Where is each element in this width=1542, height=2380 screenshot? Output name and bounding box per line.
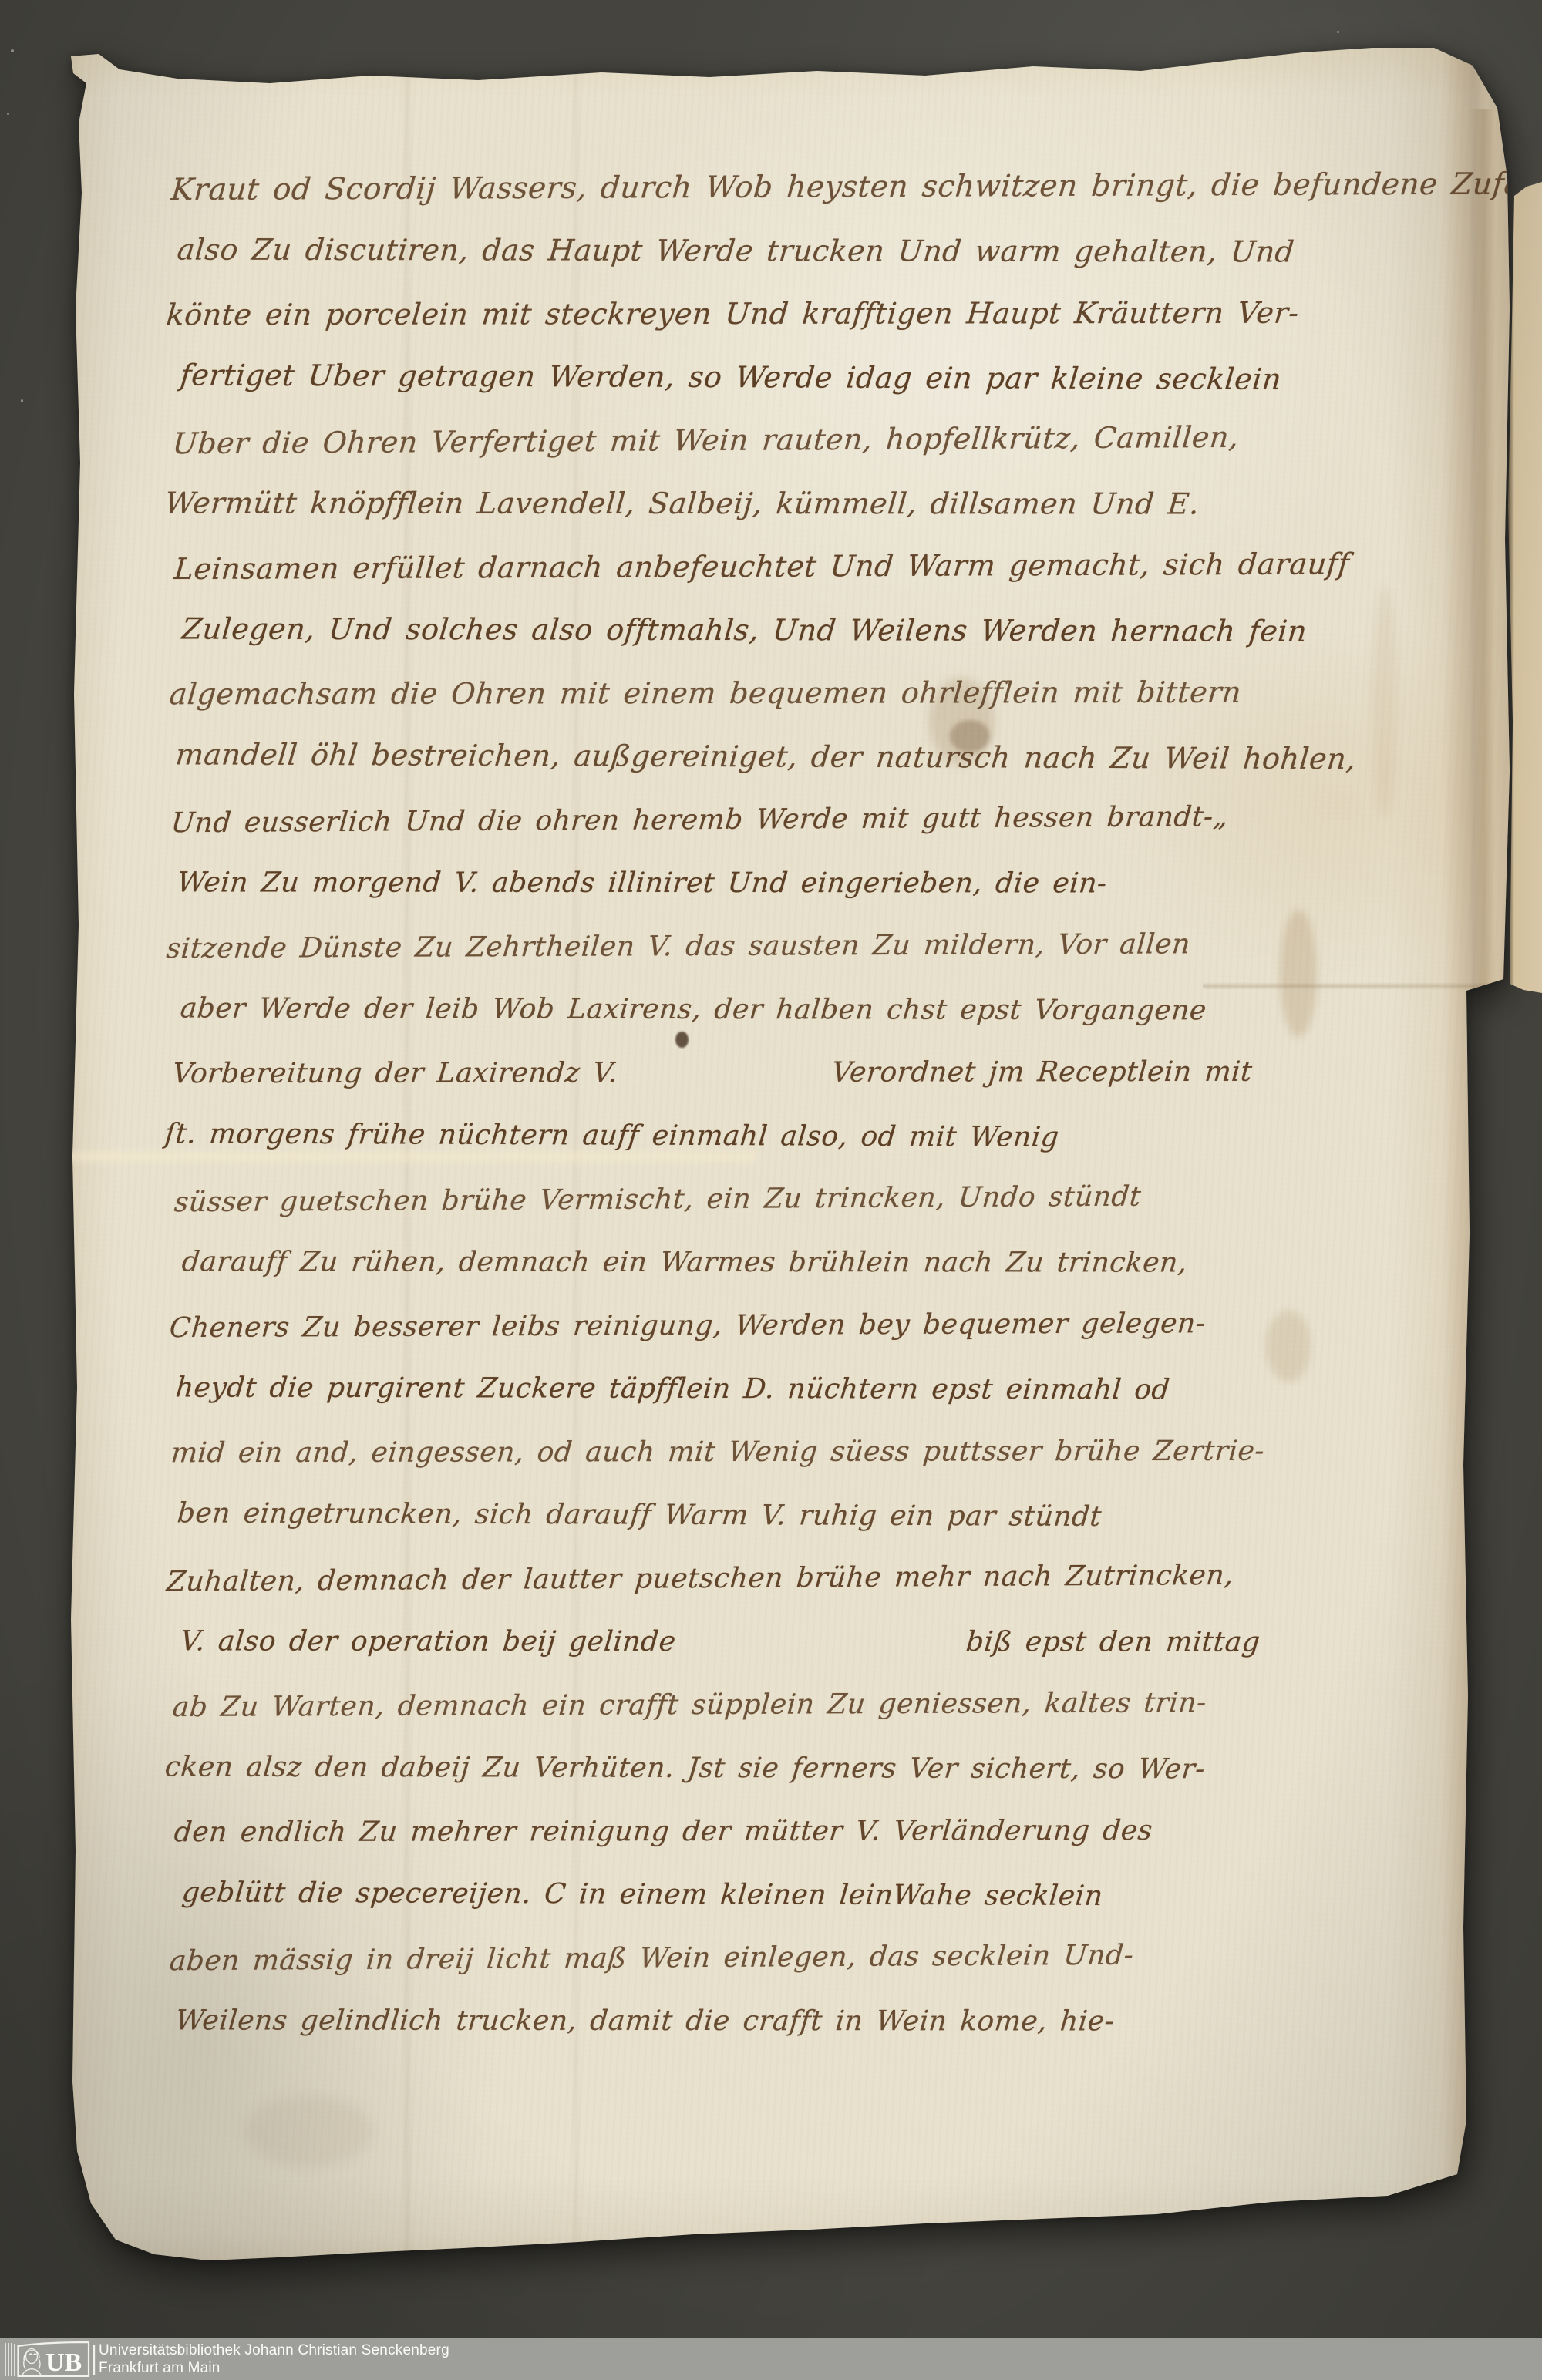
manuscript-line: cken alsz den dabeij Zu Verhüten. Jst si… xyxy=(165,1735,1244,1801)
manuscript-line: den endlich Zu mehrer reinigung der mütt… xyxy=(174,1799,1254,1863)
discoloration-stain xyxy=(1372,586,1397,817)
manuscript-line-segment: darauff Zu rühen, demnach ein Warmes brü… xyxy=(180,1246,1188,1278)
manuscript-line-segment: Verordnet jm Receptlein mit xyxy=(830,1055,1254,1088)
manuscript-line-segment: Cheners Zu besserer leibs reinigung, Wer… xyxy=(168,1308,1207,1344)
manuscript-line-segment: Zuhalten, demnach der lautter puetschen … xyxy=(165,1559,1234,1597)
manuscript-line-segment: Leinsamen erfüllet darnach anbefeuchtet … xyxy=(173,547,1351,586)
manuscript-line-segment: aber Werde der leib Wob Laxirens, der ha… xyxy=(179,992,1208,1026)
manuscript-line-segment: Zulegen, Und solches also offtmahls, Und… xyxy=(180,612,1308,648)
manuscript-line-segment: fertiget Uber getragen Werden, so Werde … xyxy=(179,358,1283,396)
manuscript-line: heydt die purgirent Zuckere täpfflein D.… xyxy=(176,1356,1255,1422)
discoloration-stain xyxy=(245,2096,372,2166)
manuscript-line-segment: Vorbereitung der Laxirendz V. xyxy=(171,1057,619,1089)
library-name: Universitätsbibliothek Johann Christian … xyxy=(99,2341,449,2359)
foxing-stain xyxy=(1266,1311,1311,1382)
manuscript-line: mid ein and, eingessen, od auch mit Weni… xyxy=(171,1419,1251,1484)
manuscript-line-segment: Weilens gelindlich trucken, damit die cr… xyxy=(174,2005,1116,2037)
manuscript-line-segment: Kraut od Scordij Wassers, durch Wob heys… xyxy=(170,167,1542,207)
manuscript-page: Kraut od Scordij Wassers, durch Wob heys… xyxy=(62,48,1511,2268)
manuscript-line: aber Werde der leib Wob Laxirens, der ha… xyxy=(180,977,1260,1042)
manuscript-line: Vorbereitung der Laxirendz V.Verordnet j… xyxy=(173,1040,1252,1105)
manuscript-line-segment: sitzende Dünste Zu Zehrtheilen V. das sa… xyxy=(165,928,1191,964)
ub-logo: UB xyxy=(4,2341,98,2377)
manuscript-line: könte ein porcelein mit steckreyen Und k… xyxy=(167,281,1246,346)
manuscript-line-segment: den endlich Zu mehrer reinigung der mütt… xyxy=(173,1814,1153,1847)
manuscript-line-segment: biß epst den mittag xyxy=(965,1626,1261,1658)
manuscript-line-segment: Uber die Ohren Verfertiget mit Wein raut… xyxy=(171,420,1240,460)
manuscript-line-segment: algemachsam die Ohren mit einem bequemen… xyxy=(168,675,1243,711)
manuscript-line-segment: ſt. morgens frühe nüchtern auff einmahl … xyxy=(163,1118,1060,1153)
manuscript-line: Cheners Zu besserer leibs reinigung, Wer… xyxy=(170,1291,1249,1359)
manuscript-line-segment: also Zu discutiren, das Haupt Werde truc… xyxy=(176,233,1296,269)
manuscript-line: Weilens gelindlich trucken, damit die cr… xyxy=(176,1988,1255,2052)
manuscript-line-segment: mid ein and, eingessen, od auch mit Weni… xyxy=(170,1435,1266,1468)
manuscript-line: Und eusserlich Und die ohren heremb Werd… xyxy=(171,785,1251,855)
manuscript-line-segment: könte ein porcelein mit steckreyen Und k… xyxy=(165,296,1300,332)
manuscript-line-segment: cken alsz den dabeij Zu Verhüten. Jst si… xyxy=(163,1751,1207,1785)
manuscript-line-segment: Und eusserlich Und die ohren heremb Werd… xyxy=(170,800,1229,838)
manuscript-line: ben eingetruncken, sich darauff Warm V. … xyxy=(177,1481,1257,1548)
manuscript-line: Wermütt knöpfflein Lavendell, Salbeij, k… xyxy=(165,471,1244,535)
manuscript-line-segment: Wermütt knöpfflein Lavendell, Salbeij, k… xyxy=(163,486,1200,520)
manuscript-line: Zulegen, Und solches also offtmahls, Und… xyxy=(182,598,1261,663)
library-city: Frankfurt am Main xyxy=(99,2359,449,2377)
manuscript-line-segment: Wein Zu morgend V. abends illiniret Und … xyxy=(176,867,1108,899)
manuscript-line: geblütt die specereijen. C in einem klei… xyxy=(182,1860,1261,1927)
manuscript-line-segment: geblütt die specereijen. C in einem klei… xyxy=(180,1877,1104,1912)
manuscript-line: Uber die Ohren Verfertiget mit Wein raut… xyxy=(173,406,1252,476)
manuscript-line: ſt. morgens frühe nüchtern auff einmahl … xyxy=(165,1102,1244,1169)
manuscript-line: sitzende Dünste Zu Zehrtheilen V. das sa… xyxy=(167,912,1246,980)
ub-logo-graphic: UB xyxy=(4,2341,98,2377)
manuscript-line-segment: heydt die purgirent Zuckere täpfflein D.… xyxy=(174,1372,1171,1405)
manuscript-line: algemachsam die Ohren mit einem bequemen… xyxy=(170,661,1249,725)
manuscript-line-segment: V. also der operation beij gelinde xyxy=(179,1625,677,1658)
manuscript-line: Wein Zu morgend V. abends illiniret Und … xyxy=(177,850,1257,914)
manuscript-line: darauff Zu rühen, demnach ein Warmes brü… xyxy=(182,1230,1261,1294)
footer-text-block: Universitätsbibliothek Johann Christian … xyxy=(99,2341,449,2377)
scan-canvas: Kraut od Scordij Wassers, durch Wob heys… xyxy=(0,0,1542,2380)
right-fold-crease xyxy=(1442,48,1496,2268)
senckenberg-portrait-icon xyxy=(22,2349,41,2376)
manuscript-line: Leinsamen erfüllet darnach anbefeuchtet … xyxy=(174,533,1254,601)
manuscript-line-segment: süsser guetschen brühe Vermischt, ein Zu… xyxy=(173,1180,1142,1218)
foxing-stain xyxy=(1280,910,1317,1037)
manuscript-line: mandell öhl bestreichen, außgereiniget, … xyxy=(176,722,1255,789)
manuscript-line-segment: aben mässig in dreij licht maß Wein einl… xyxy=(168,1939,1135,1977)
manuscript-line: Kraut od Scordij Wassers, durch Wob heys… xyxy=(171,153,1251,221)
manuscript-line: also Zu discutiren, das Haupt Werde truc… xyxy=(177,218,1257,284)
right-edge-fold xyxy=(1469,109,1503,1035)
ub-logo-text: UB xyxy=(45,2348,82,2377)
manuscript-line: süsser guetschen brühe Vermischt, ein Zu… xyxy=(174,1164,1254,1234)
manuscript-text: Kraut od Scordij Wassers, durch Wob heys… xyxy=(171,156,1251,2052)
manuscript-line-segment: ben eingetruncken, sich darauff Warm V. … xyxy=(176,1497,1103,1533)
manuscript-line: V. also der operation beij gelindebiß ep… xyxy=(180,1609,1260,1673)
manuscript-line: Zuhalten, demnach der lautter puetschen … xyxy=(167,1543,1246,1614)
manuscript-line: fertiget Uber getragen Werden, so Werde … xyxy=(180,343,1260,410)
manuscript-line: ab Zu Warten, demnach ein crafft süpplei… xyxy=(173,1671,1252,1739)
manuscript-line: aben mässig in dreij licht maß Wein einl… xyxy=(170,1923,1249,1993)
manuscript-page-wrap: Kraut od Scordij Wassers, durch Wob heys… xyxy=(0,0,1542,2380)
footer-bar: UB Universitätsbibliothek Johann Christi… xyxy=(0,2338,1542,2380)
manuscript-line-segment: ab Zu Warten, demnach ein crafft süpplei… xyxy=(171,1687,1207,1723)
manuscript-line-segment: mandell öhl bestreichen, außgereiniget, … xyxy=(174,737,1358,776)
